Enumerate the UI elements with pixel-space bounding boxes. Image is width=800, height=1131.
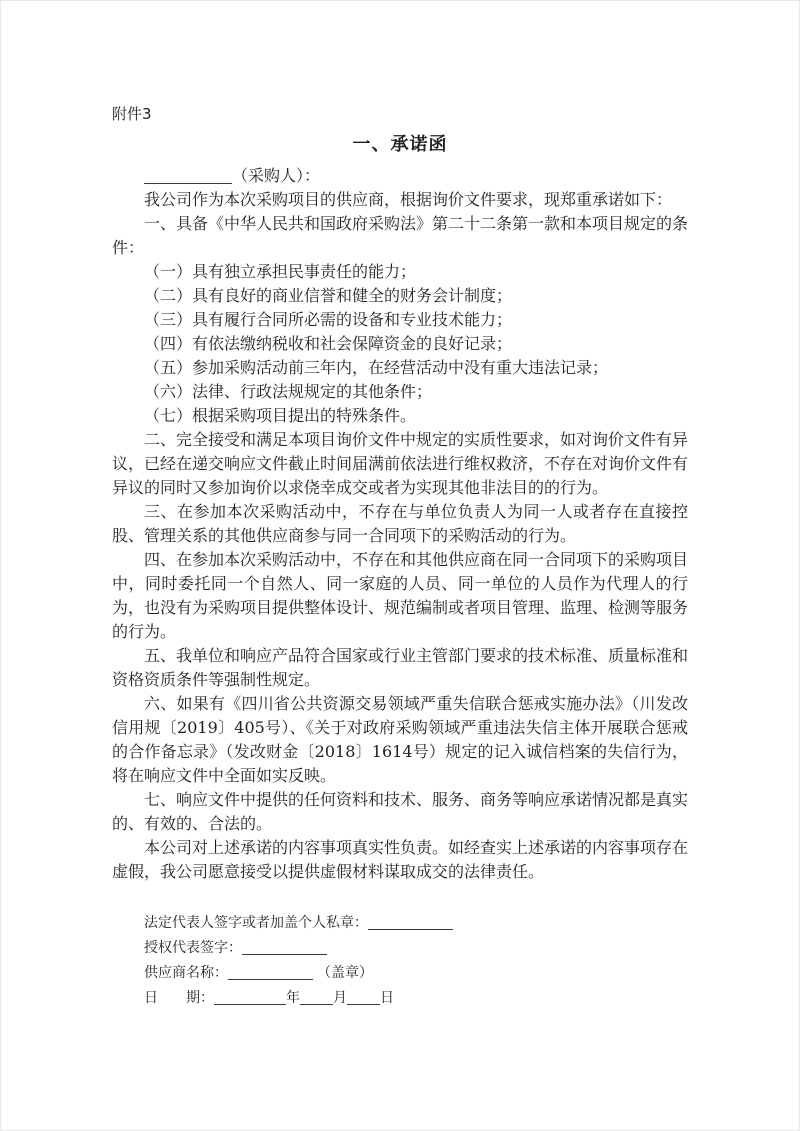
attachment-label: 附件3 [112,104,688,124]
addressee-blank-line [144,169,232,184]
salutation-line: （采购人）： [112,164,688,188]
condition-item-3: （三）具有履行合同所必需的设备和专业技术能力； [112,308,688,332]
supplier-name-label: 供应商名称： [144,965,228,981]
signature-block: 法定代表人签字或者加盖个人私章： 授权代表签字： 供应商名称：（盖章） 日 期：… [112,911,688,1011]
year-blank [214,991,286,1005]
month-blank [300,991,333,1005]
document-page: 附件3 一、承诺函 （采购人）： 我公司作为本次采购项目的供应商，根据询价文件要… [0,0,800,1131]
condition-item-1: （一）具有独立承担民事责任的能力； [112,260,688,284]
condition-item-4: （四）有依法缴纳税收和社会保障资金的良好记录； [112,332,688,356]
condition-item-7: （七）根据采购项目提出的特殊条件。 [112,404,688,428]
closing-paragraph: 本公司对上述承诺的内容事项真实性负责。如经查实上述承诺的内容事项存在虚假，我公司… [112,836,688,884]
condition-item-2: （二）具有良好的商业信誉和健全的财务会计制度； [112,284,688,308]
authorized-rep-label: 授权代表签字： [144,940,242,956]
seal-label: （盖章） [317,965,373,981]
date-label: 日 期： [144,990,214,1006]
supplier-name-blank [228,966,313,980]
document-body: 附件3 一、承诺函 （采购人）： 我公司作为本次采购项目的供应商，根据询价文件要… [112,104,688,1011]
clause-2: 二、完全接受和满足本项目询价文件中规定的实质性要求，如对询价文件有异议，已经在递… [112,428,688,500]
date-line: 日 期：年月日 [144,986,688,1011]
authorized-rep-signature-line: 授权代表签字： [144,936,688,961]
clause-4: 四、在参加本次采购活动中，不存在和其他供应商在同一合同项下的采购项目中，同时委托… [112,548,688,644]
condition-item-5: （五）参加采购活动前三年内，在经营活动中没有重大违法记录； [112,356,688,380]
condition-item-6: （六）法律、行政法规规定的其他条件； [112,380,688,404]
clause-1-conditions: 一、具备《中华人民共和国政府采购法》第二十二条第一款和本项目规定的条件： [112,212,688,260]
intro-paragraph: 我公司作为本次采购项目的供应商，根据询价文件要求，现郑重承诺如下： [112,188,688,212]
clause-6: 六、如果有《四川省公共资源交易领域严重失信联合惩戒实施办法》（川发改信用规〔20… [112,692,688,788]
supplier-name-line: 供应商名称：（盖章） [144,961,688,986]
document-title: 一、承诺函 [112,133,688,157]
clause-3: 三、在参加本次采购活动中，不存在与单位负责人为同一人或者存在直接控股、管理关系的… [112,500,688,548]
addressee-label: （采购人）： [232,166,320,185]
day-blank [347,991,380,1005]
clause-5: 五、我单位和响应产品符合国家或行业主管部门要求的技术标准、质量标准和资格资质条件… [112,644,688,692]
year-label: 年 [286,990,300,1006]
legal-rep-label: 法定代表人签字或者加盖个人私章： [144,915,368,931]
clause-7: 七、响应文件中提供的任何资料和技术、服务、商务等响应承诺情况都是真实的、有效的、… [112,788,688,836]
legal-rep-signature-line: 法定代表人签字或者加盖个人私章： [144,911,688,936]
legal-rep-signature-blank [368,916,453,930]
month-label: 月 [333,990,347,1006]
day-label: 日 [380,990,394,1006]
authorized-rep-signature-blank [242,941,327,955]
